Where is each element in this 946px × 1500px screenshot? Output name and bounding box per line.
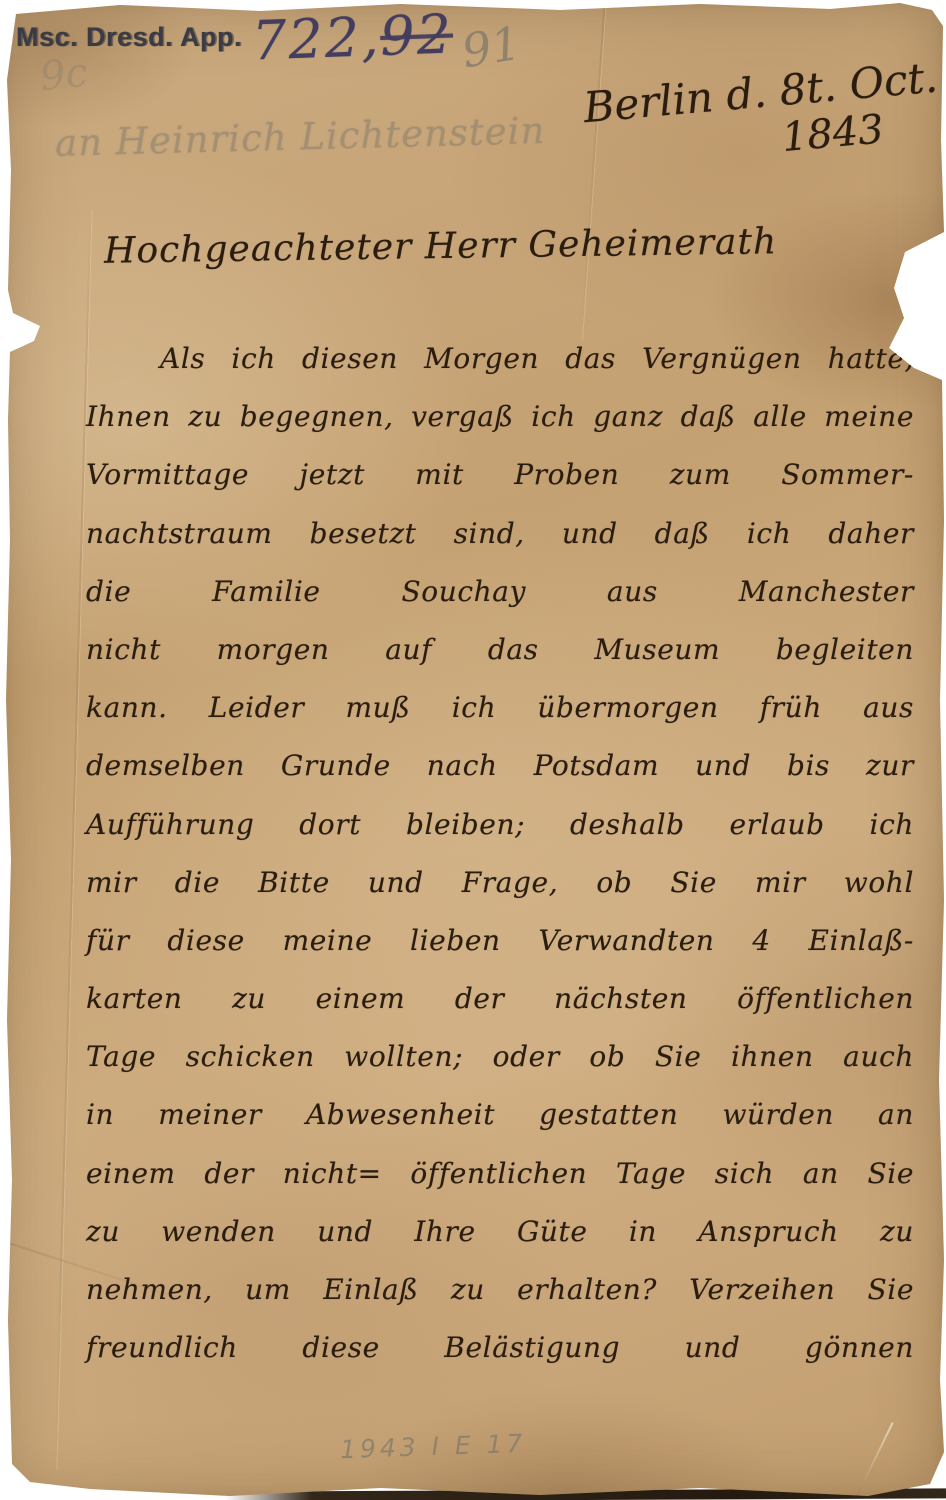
manuscript-line: Tage schicken wollten; oder ob Sie ihnen… — [86, 1028, 914, 1086]
manuscript-line: mir die Bitte und Frage, ob Sie mir wohl — [86, 854, 914, 912]
recipient-pencil-note: an Heinrich Lichtenstein — [55, 106, 656, 165]
accession-number-ink: 722,92 — [251, 3, 454, 73]
manuscript-line: nicht morgen auf das Museum begleiten — [86, 621, 914, 679]
manuscript-line: in meiner Abwesenheit gestatten würden a… — [86, 1086, 914, 1144]
manuscript-line: kann. Leider muß ich übermorgen früh aus — [86, 679, 914, 737]
manuscript-line: nehmen, um Einlaß zu erhalten? Verzeihen… — [86, 1261, 914, 1319]
manuscript-line: Als ich diesen Morgen das Vergnügen hatt… — [86, 330, 914, 388]
archive-stamp: Msc. Dresd. App. — [16, 22, 242, 53]
accession-number-prefix: 722, — [251, 5, 381, 72]
letter-body: Als ich diesen Morgen das Vergnügen hatt… — [86, 330, 914, 1377]
accession-correction-pencil: 91 — [458, 16, 524, 78]
manuscript-line: die Familie Souchay aus Manchester — [86, 563, 914, 621]
manuscript-line: zu wenden und Ihre Güte in Anspruch zu — [86, 1203, 914, 1261]
manuscript-line: demselben Grunde nach Potsdam und bis zu… — [86, 737, 914, 795]
manuscript-line: karten zu einem der nächsten öffentliche… — [86, 970, 914, 1028]
manuscript-line: einem der nicht= öffentlichen Tage sich … — [86, 1145, 914, 1203]
paper-crease — [852, 1422, 893, 1500]
accession-number-struck: 92 — [379, 3, 454, 68]
catalog-number-pencil: 1943 I E 17 — [340, 1429, 527, 1464]
manuscript-line: Aufführung dort bleiben; deshalb erlaub … — [86, 796, 914, 854]
manuscript-line: Ihnen zu begegnen, vergaß ich ganz daß a… — [86, 388, 914, 446]
manuscript-line: nachtstraum besetzt sind, und daß ich da… — [86, 505, 914, 563]
pencil-mark: 9c — [38, 50, 90, 101]
salutation-line: Hochgeachteter Herr Geheimerath — [104, 221, 778, 271]
manuscript-line: freundlich diese Belästigung und gönnen — [86, 1319, 914, 1377]
manuscript-scan: { "stamp": { "printed_label": "Msc. Dres… — [0, 0, 946, 1500]
paper-sheet: Msc. Dresd. App. 722,92 91 9c Berlin d. … — [0, 0, 946, 1500]
manuscript-line: für diese meine lieben Verwandten 4 Einl… — [86, 912, 914, 970]
manuscript-line: Vormittage jetzt mit Proben zum Sommer- — [86, 446, 914, 504]
